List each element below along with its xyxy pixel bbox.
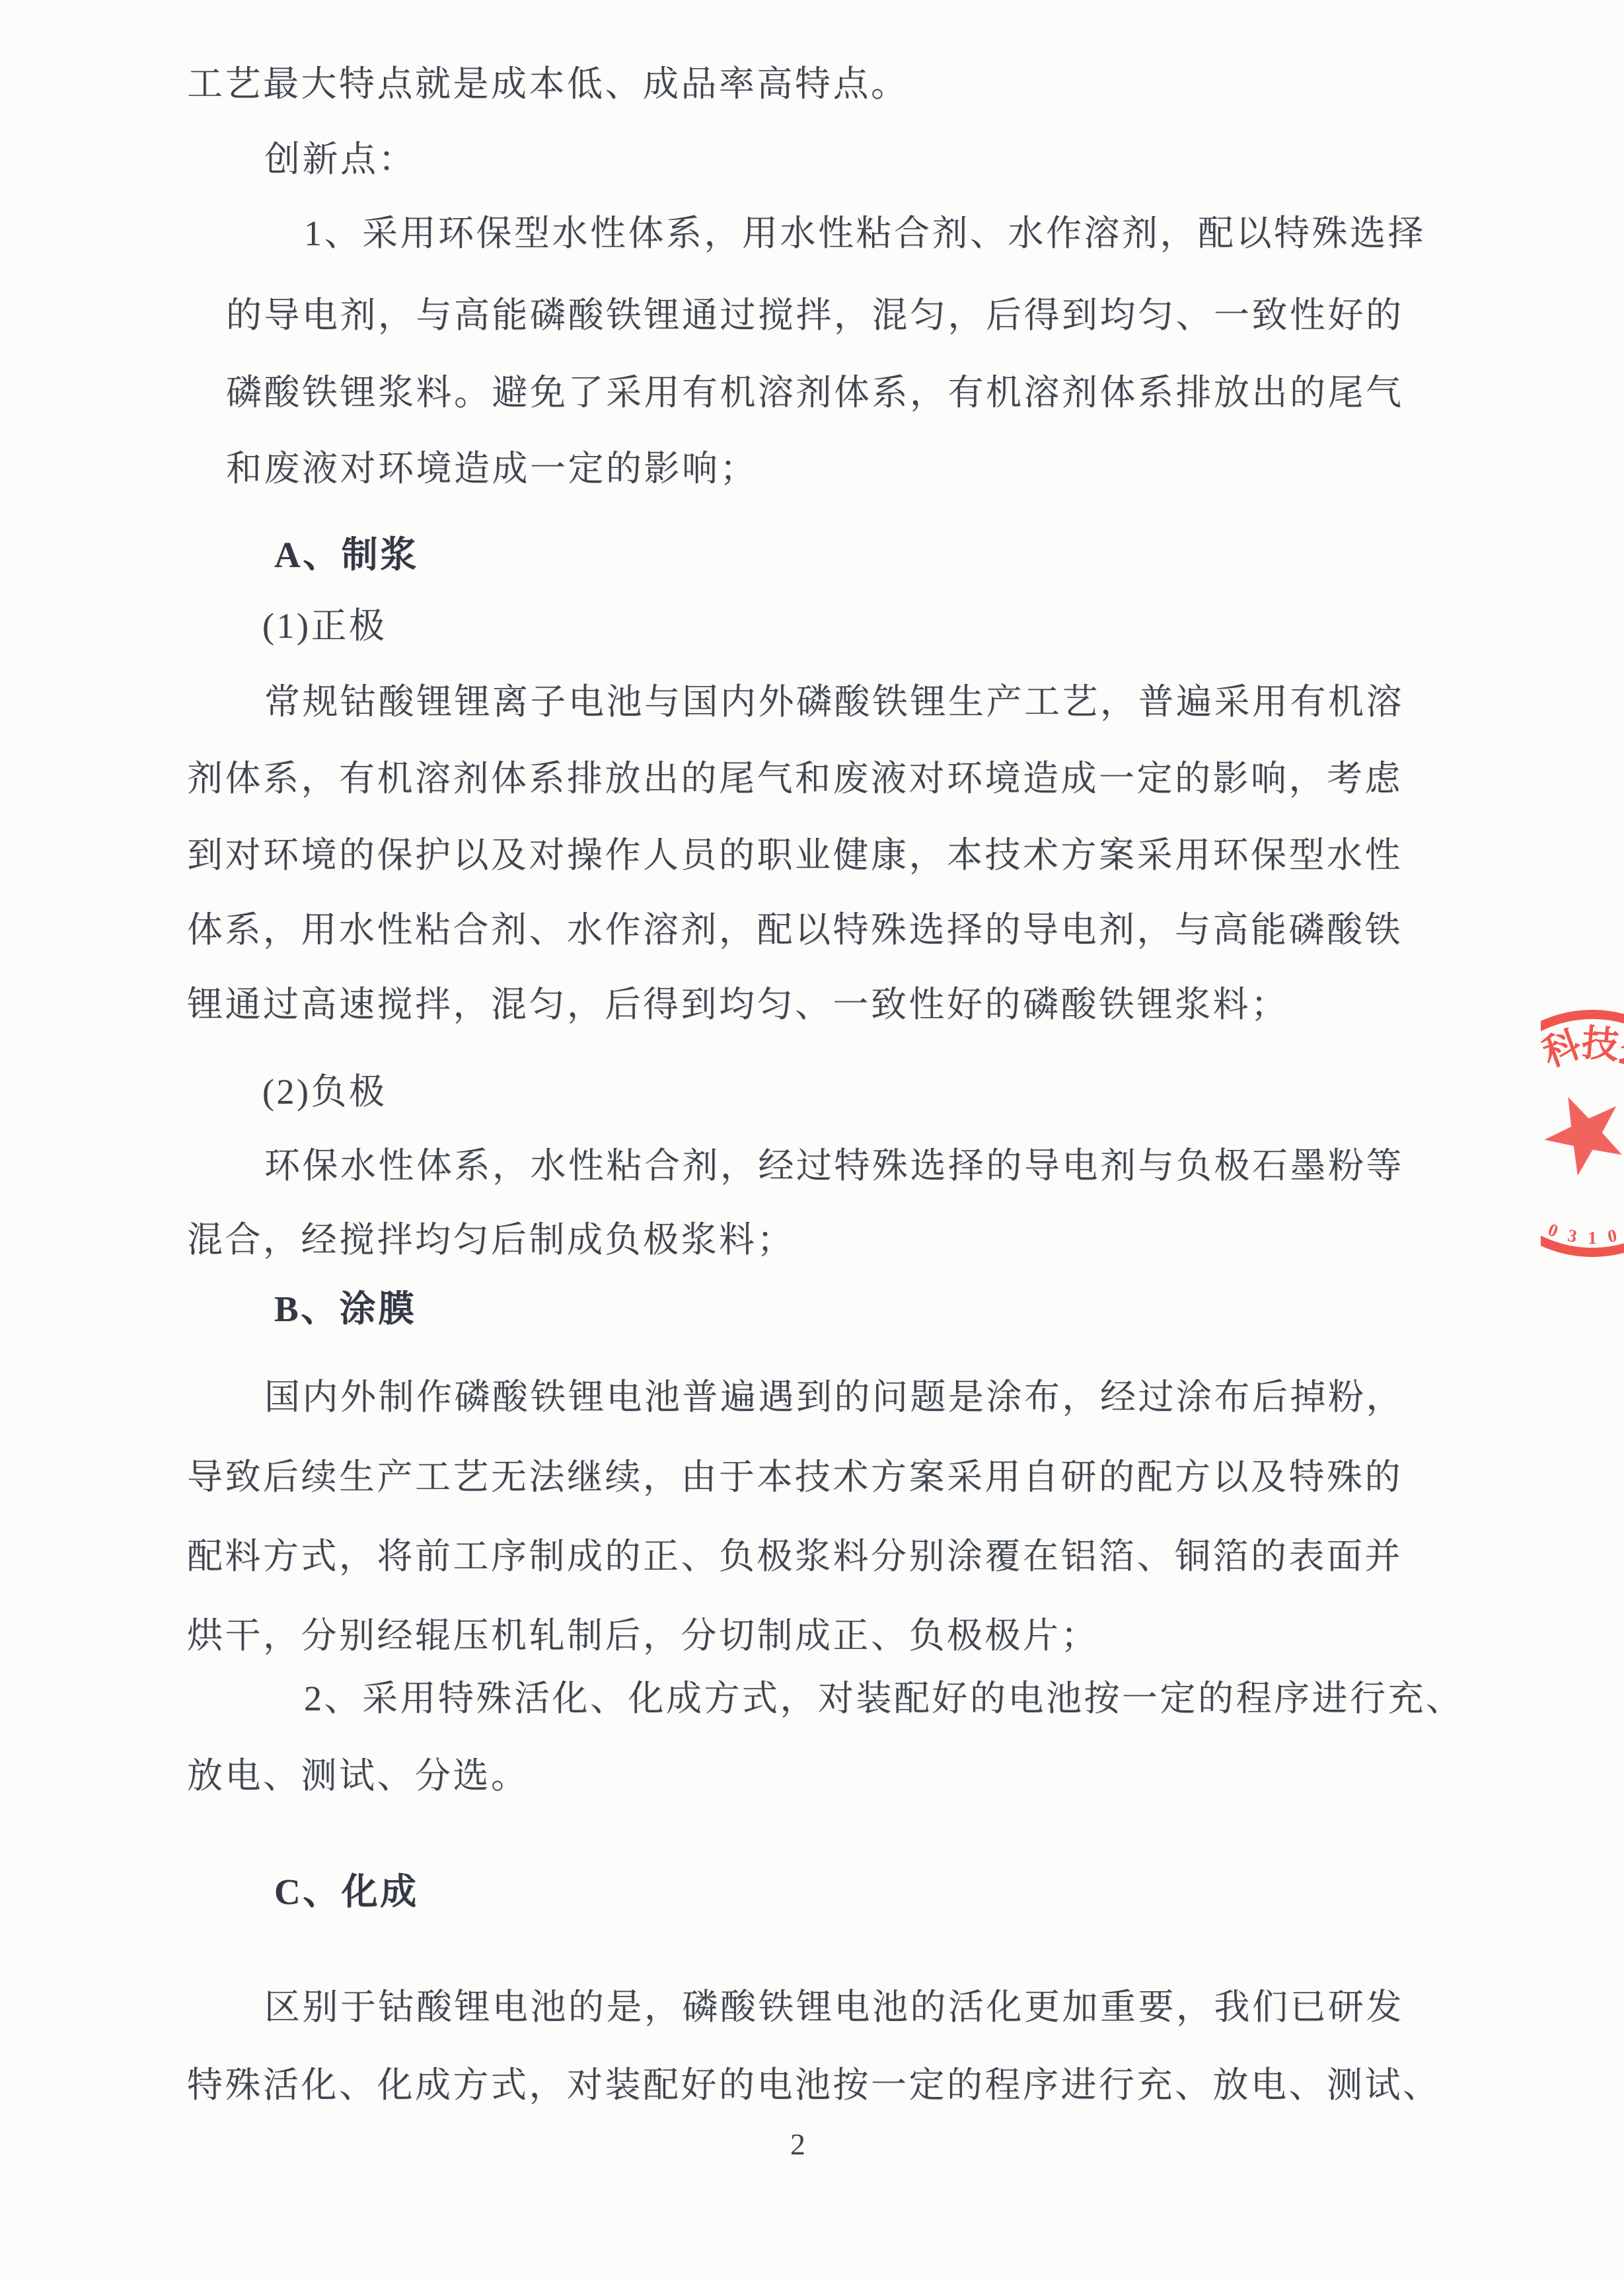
innovation-item-2-line: 放电、测试、分选。 xyxy=(187,1758,529,1794)
seal-serial-digit: 0 xyxy=(1545,1219,1561,1241)
page-number: 2 xyxy=(790,2127,805,2162)
innovation-item-1-line: 和废液对环境造成一定的影响； xyxy=(226,451,758,486)
seal-graphic: 科 技 公 0 3 1 0 0 xyxy=(1427,978,1624,1269)
heading-coating: B、涂膜 xyxy=(274,1291,417,1327)
subheading-positive-electrode: (1)正极 xyxy=(262,608,387,644)
paragraph-line: 到对环境的保护以及对操作人员的职业健康，本技术方案采用环保型水性 xyxy=(187,837,1403,873)
paragraph-line: 混合，经搅拌均匀后制成负极浆料； xyxy=(187,1222,795,1258)
seal-serial-digit: 0 xyxy=(1606,1225,1619,1246)
heading-formation: C、化成 xyxy=(274,1874,419,1910)
paragraph-line: 锂通过高速搅拌，混匀，后得到均匀、一致性好的磷酸铁锂浆料； xyxy=(187,987,1289,1022)
paragraph-line: 特殊活化、化成方式，对装配好的电池按一定的程序进行充、放电、测试、 xyxy=(187,2067,1441,2103)
document-page: 工艺最大特点就是成本低、成品率高特点。 创新点： 1、采用环保型水性体系，用水性… xyxy=(0,0,1624,2280)
paragraph-line: 环保水性体系，水性粘合剂，经过特殊选择的导电剂与负极石墨粉等 xyxy=(264,1148,1404,1184)
star-icon xyxy=(1539,1091,1624,1179)
heading-slurry-making: A、制浆 xyxy=(274,537,419,573)
innovation-item-1-line: 磷酸铁锂浆料。避免了采用有机溶剂体系，有机溶剂体系排放出的尾气 xyxy=(226,375,1404,410)
seal-serial-digit: 3 xyxy=(1566,1225,1578,1246)
paragraph-line: 导致后续生产工艺无法继续，由于本技术方案采用自研的配方以及特殊的 xyxy=(187,1459,1403,1495)
paragraph-line: 烘干，分别经辊压机轧制后，分切制成正、负极极片； xyxy=(187,1618,1099,1653)
innovation-points-label: 创新点： xyxy=(264,141,416,177)
paragraph-line: 配料方式，将前工序制成的正、负极浆料分别涂覆在铝箔、铜箔的表面并 xyxy=(187,1539,1403,1574)
innovation-item-1-line: 的导电剂，与高能磷酸铁锂通过搅拌，混匀，后得到均匀、一致性好的 xyxy=(226,297,1404,333)
paragraph-line: 常规钴酸锂锂离子电池与国内外磷酸铁锂生产工艺，普遍采用有机溶 xyxy=(264,684,1404,720)
subheading-negative-electrode: (2)负极 xyxy=(262,1074,387,1110)
paragraph-line: 剂体系，有机溶剂体系排放出的尾气和废液对环境造成一定的影响，考虑 xyxy=(187,761,1403,796)
innovation-item-1-line: 1、采用环保型水性体系，用水性粘合剂、水作溶剂，配以特殊选择 xyxy=(304,215,1426,251)
paragraph-line: 区别于钴酸锂电池的是，磷酸铁锂电池的活化更加重要，我们已研发 xyxy=(264,1989,1404,2025)
paragraph-line: 体系，用水性粘合剂、水作溶剂，配以特殊选择的导电剂，与高能磷酸铁 xyxy=(187,912,1403,948)
seal-arc-char: 科 xyxy=(1537,1024,1586,1075)
innovation-item-2-line: 2、采用特殊活化、化成方式，对装配好的电池按一定的程序进行充、 xyxy=(304,1681,1464,1716)
seal-serial-digit: 1 xyxy=(1588,1228,1597,1248)
red-seal-stamp: 科 技 公 0 3 1 0 0 xyxy=(1427,978,1624,1269)
paragraph-line: 工艺最大特点就是成本低、成品率高特点。 xyxy=(187,66,909,102)
paragraph-line: 国内外制作磷酸铁锂电池普遍遇到的问题是涂布，经过涂布后掉粉， xyxy=(264,1379,1404,1415)
